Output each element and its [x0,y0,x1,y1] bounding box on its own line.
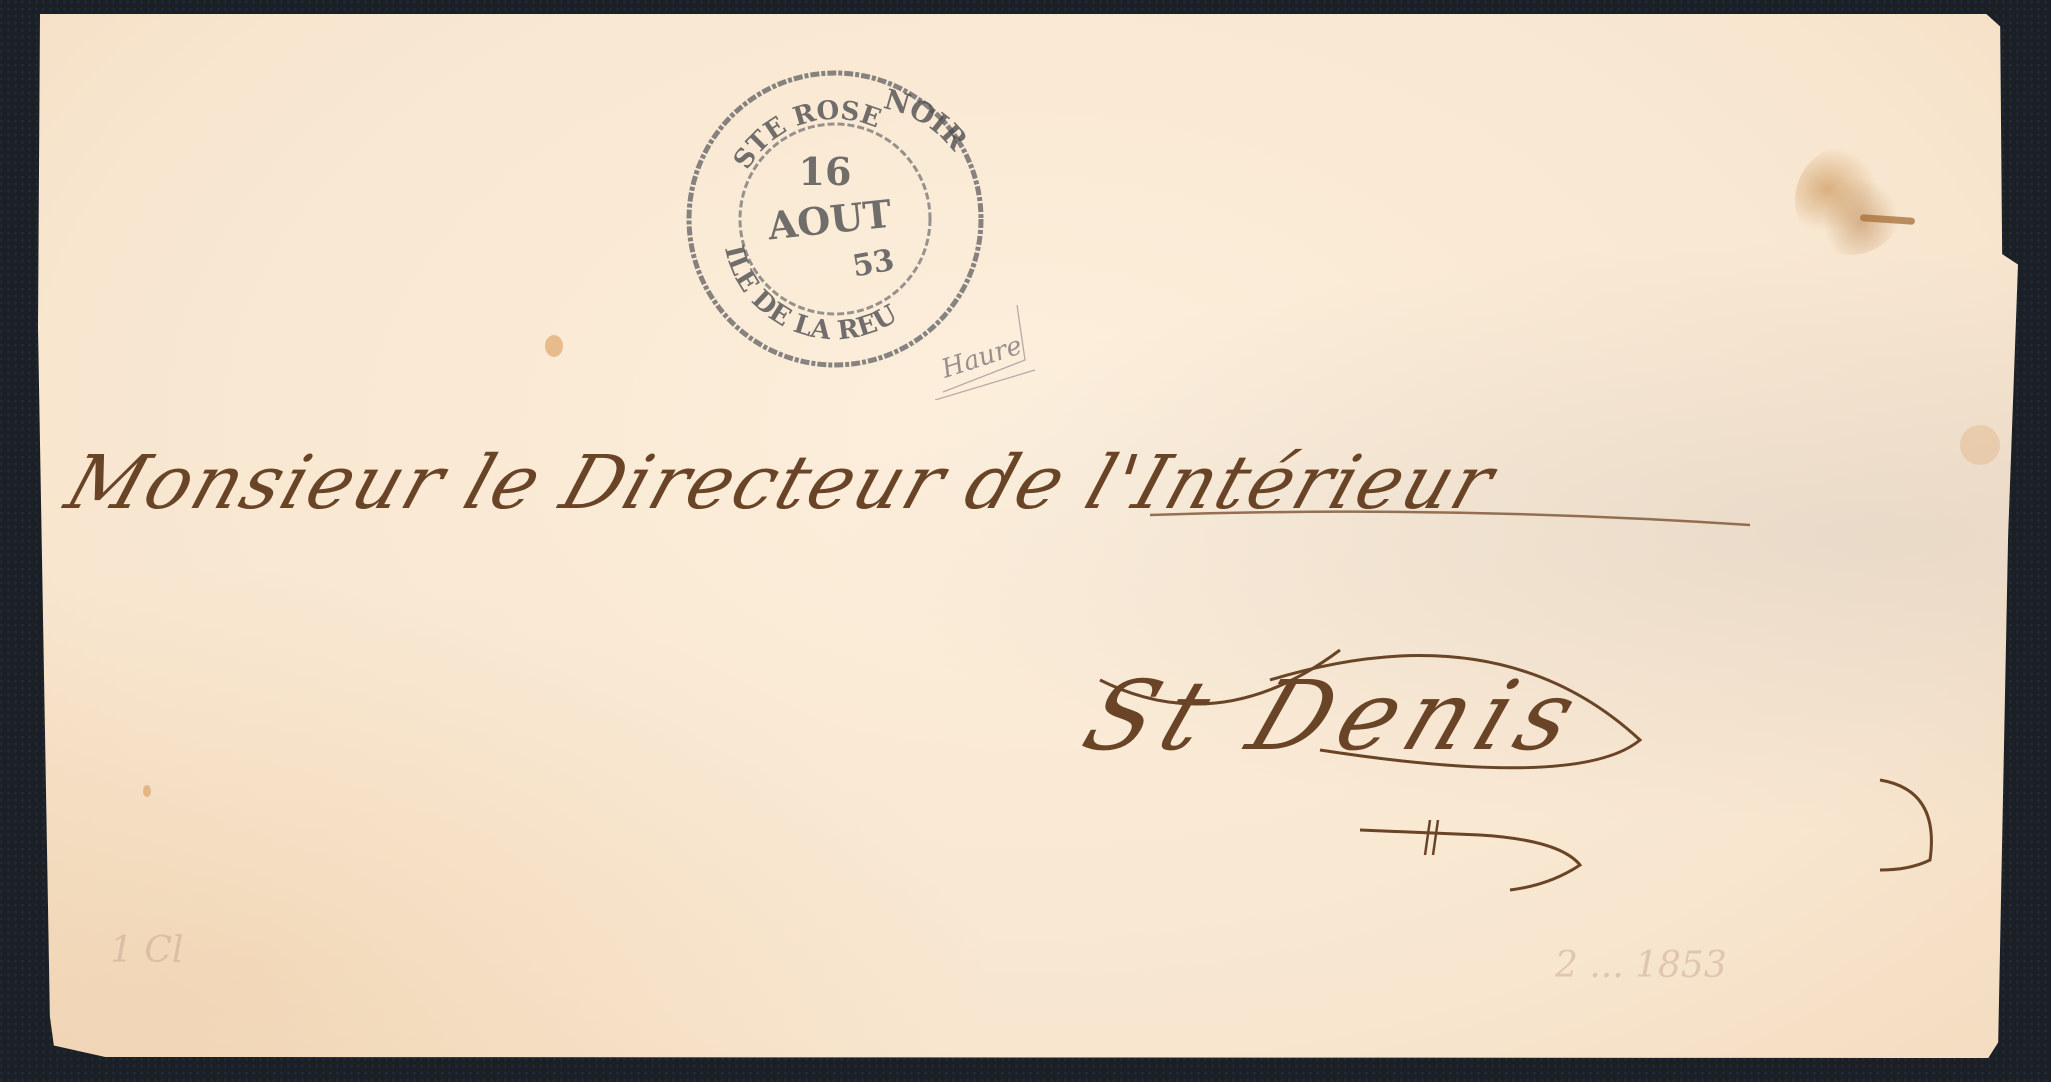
underline-flourish [1150,500,1750,530]
rust-stain [1795,145,1905,255]
postmark-month: AOUT [765,191,894,249]
postmark-year: 53 [850,243,897,285]
foxing-spot [1960,425,2000,465]
city-flourish [1080,620,1980,900]
pencil-note-right: 2 ... 1853 [1555,945,1727,986]
foxing-spot [545,335,563,357]
expert-signature: Haure [935,300,1045,400]
letter-cover [38,14,2018,1058]
foxing-spot [143,785,151,797]
pencil-note-left: 1 Cl [110,930,183,971]
postmark-day: 16 [799,149,852,194]
